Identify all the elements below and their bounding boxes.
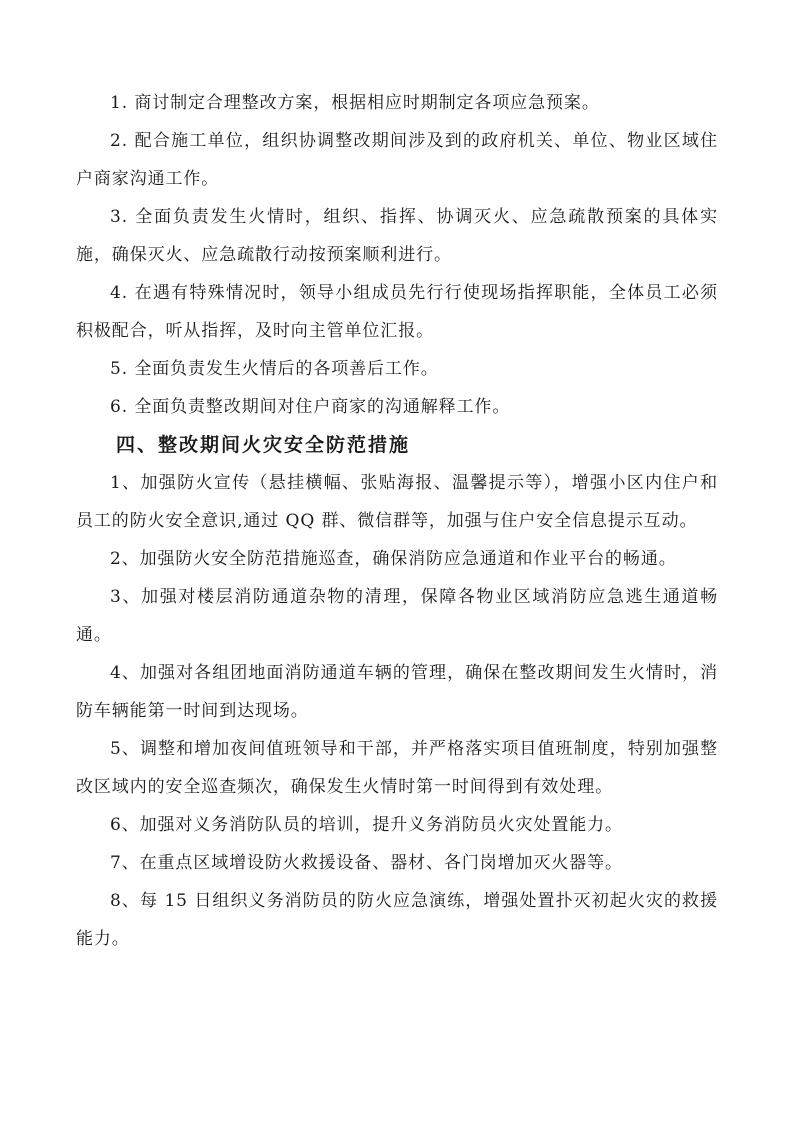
section-heading: 四、整改期间火灾安全防范措施: [76, 426, 718, 464]
measure-item-2: 2、加强防火安全防范措施巡查，确保消防应急通道和作业平台的畅通。: [76, 540, 718, 578]
measure-item-3: 3、加强对楼层消防通道杂物的清理，保障各物业区域消防应急逃生通道畅通。: [76, 578, 718, 654]
document-page: 1. 商讨制定合理整改方案，根据相应时期制定各项应急预案。 2. 配合施工单位，…: [76, 84, 718, 958]
duty-item-4: 4. 在遇有特殊情况时，领导小组成员先行行使现场指挥职能，全体员工必须积极配合，…: [76, 274, 718, 350]
duty-item-1: 1. 商讨制定合理整改方案，根据相应时期制定各项应急预案。: [76, 84, 718, 122]
duty-item-3: 3. 全面负责发生火情时，组织、指挥、协调灭火、应急疏散预案的具体实施，确保灭火…: [76, 198, 718, 274]
measure-item-7: 7、在重点区域增设防火救援设备、器材、各门岗增加灭火器等。: [76, 844, 718, 882]
measure-item-5: 5、调整和增加夜间值班领导和干部，并严格落实项目值班制度，特别加强整改区域内的安…: [76, 730, 718, 806]
measure-item-6: 6、加强对义务消防队员的培训，提升义务消防员火灾处置能力。: [76, 806, 718, 844]
duty-item-2: 2. 配合施工单位，组织协调整改期间涉及到的政府机关、单位、物业区域住户商家沟通…: [76, 122, 718, 198]
measure-item-1: 1、加强防火宣传（悬挂横幅、张贴海报、温馨提示等），增强小区内住户和员工的防火安…: [76, 464, 718, 540]
measure-item-8: 8、每 15 日组织义务消防员的防火应急演练，增强处置扑灭初起火灾的救援能力。: [76, 882, 718, 958]
duty-item-6: 6. 全面负责整改期间对住户商家的沟通解释工作。: [76, 388, 718, 426]
duty-item-5: 5. 全面负责发生火情后的各项善后工作。: [76, 350, 718, 388]
measure-item-4: 4、加强对各组团地面消防通道车辆的管理，确保在整改期间发生火情时，消防车辆能第一…: [76, 654, 718, 730]
